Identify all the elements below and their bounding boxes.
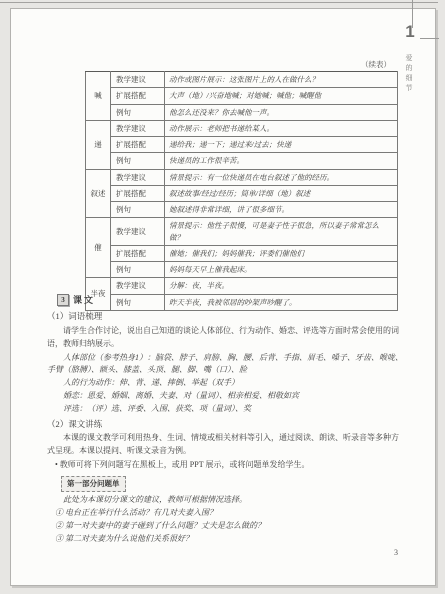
teacher-tip-bullet: • 教师可将下列问题写在黑板上，或用 PPT 展示，或将问题单发给学生。 xyxy=(47,459,405,472)
question-2: ② 第一对夫妻中的妻子碰到了什么问题？丈夫是怎么做的？ xyxy=(55,520,405,533)
content-cell: 情景提示：有一位快递员在电台叙述了他的经历。 xyxy=(165,169,398,185)
part2-note: 此处为本课切分课文的建议，教师可根据情况选择。 xyxy=(47,494,405,507)
section-number-icon: 3 xyxy=(57,294,69,306)
continued-table-note: （续表） xyxy=(361,59,391,70)
lesson-number: 1 xyxy=(401,22,419,42)
label-cell: 扩展搭配 xyxy=(111,245,165,261)
content-cell: 快递员的工作很辛苦。 xyxy=(165,153,398,169)
label-cell: 教学建议 xyxy=(111,278,165,294)
table-row: 例句 他怎么还没来？你去喊他一声。 xyxy=(86,104,398,120)
table-row: 扩展搭配 大声（地）/兴奋地喊；对她喊；喊他；喊醒他 xyxy=(86,88,398,104)
content-cell: 动作或图片展示：这张图片上的人在做什么？ xyxy=(165,72,398,88)
table-row: 例句 她叙述得非常详细，讲了很多细节。 xyxy=(86,202,398,218)
content-cell: 情景提示：他性子很慢，可是妻子性子很急，所以妻子常常怎么做？ xyxy=(165,218,398,246)
label-cell: 扩展搭配 xyxy=(111,88,165,104)
word-cell: 递 xyxy=(86,120,111,169)
question-3: ③ 第二对夫妻为什么说他们关系很好？ xyxy=(55,533,405,546)
label-cell: 例句 xyxy=(111,202,165,218)
label-cell: 例句 xyxy=(111,153,165,169)
lesson-title-vertical: 爱的细节 xyxy=(404,54,414,94)
vocab-line-selection: 评选：（评）选、评委、入围、获奖、项（量词）、奖 xyxy=(47,403,405,416)
content-cell: 叙述故事/经过/经历；简单/详细（地）叙述 xyxy=(165,185,398,201)
part2-paragraph: 本课的课文教学可利用热身、生词、情境或相关材料等引入，通过阅读、朗读、听录音等多… xyxy=(47,432,405,458)
table-row: 叙述 教学建议 情景提示：有一位快递员在电台叙述了他的经历。 xyxy=(86,169,398,185)
label-cell: 教学建议 xyxy=(111,72,165,88)
part1-paragraph: 请学生合作讨论，说出自己知道的谈论人体部位、行为动作、婚恋、评选等方面时常会使用… xyxy=(47,325,405,351)
table-row: 扩展搭配 叙述故事/经过/经历；简单/详细（地）叙述 xyxy=(86,185,398,201)
vocab-teaching-table: 喊 教学建议 动作或图片展示：这张图片上的人在做什么？ 扩展搭配 大声（地）/兴… xyxy=(85,71,398,311)
word-cell: 喊 xyxy=(86,72,111,121)
vocab-line-body-parts: 人体部位（参考热身1）：脑袋、脖子、肩膀、胸、腰、后背、手指、眉毛、嗓子、牙齿、… xyxy=(47,352,405,378)
table-row: 扩展搭配 递给我；递一下；递过来/过去；快递 xyxy=(86,137,398,153)
question-1: ① 电台正在举行什么活动？有几对夫妻入围？ xyxy=(55,507,405,520)
table-row: 喊 教学建议 动作或图片展示：这张图片上的人在做什么？ xyxy=(86,72,398,88)
table-row: 例句 快递员的工作很辛苦。 xyxy=(86,153,398,169)
content-cell: 大声（地）/兴奋地喊；对她喊；喊他；喊醒他 xyxy=(165,88,398,104)
label-cell: 教学建议 xyxy=(111,169,165,185)
label-cell: 教学建议 xyxy=(111,218,165,246)
label-cell: 扩展搭配 xyxy=(111,137,165,153)
scanned-book-page: （续表） 喊 教学建议 动作或图片展示：这张图片上的人在做什么？ 扩展搭配 大声… xyxy=(0,0,445,594)
part1-heading: （1）词语梳理 xyxy=(47,310,405,324)
content-cell: 分解：夜，半夜。 xyxy=(165,278,398,294)
table-row: 扩展搭配 催她；催我们；妈妈催我；评委们催他们 xyxy=(86,245,398,261)
section-title: 课文 xyxy=(73,293,95,307)
content-cell: 动作展示：老师把书递给某人。 xyxy=(165,120,398,136)
label-cell: 例句 xyxy=(111,262,165,278)
margin-dash-line xyxy=(420,38,439,39)
label-cell: 教学建议 xyxy=(111,120,165,136)
table-row: 例句 妈妈每天早上催我起床。 xyxy=(86,262,398,278)
vocab-line-actions: 人的行为动作：伸、背、递、摔倒、举起（双手） xyxy=(47,377,405,390)
content-cell: 他怎么还没来？你去喊他一声。 xyxy=(165,104,398,120)
table-row: 半夜 教学建议 分解：夜，半夜。 xyxy=(86,278,398,294)
content-cell: 递给我；递一下；递过来/过去；快递 xyxy=(165,137,398,153)
vocab-line-marriage: 婚恋：恩爱、婚姻、离婚、夫妻、对（量词）、相亲相爱、相敬如宾 xyxy=(47,390,405,403)
table-row: 催 教学建议 情景提示：他性子很慢，可是妻子性子很急，所以妻子常常怎么做？ xyxy=(86,218,398,246)
question-list-label-row: 第一部分问题单 xyxy=(47,473,405,494)
label-cell: 扩展搭配 xyxy=(111,185,165,201)
table-row: 递 教学建议 动作展示：老师把书递给某人。 xyxy=(86,120,398,136)
content-cell: 催她；催我们；妈妈催我；评委们催他们 xyxy=(165,245,398,261)
content-cell: 妈妈每天早上催我起床。 xyxy=(165,262,398,278)
label-cell: 例句 xyxy=(111,104,165,120)
page-body: 3 课文 （1）词语梳理 请学生合作讨论，说出自己知道的谈论人体部位、行为动作、… xyxy=(47,293,405,546)
content-cell: 她叙述得非常详细，讲了很多细节。 xyxy=(165,202,398,218)
scan-edge-line xyxy=(0,2,438,3)
question-list-label: 第一部分问题单 xyxy=(61,476,126,492)
section-heading: 3 课文 xyxy=(57,293,405,307)
page-number: 3 xyxy=(394,548,398,557)
part2-heading: （2）课文讲练 xyxy=(47,418,405,432)
word-cell: 叙述 xyxy=(86,169,111,218)
book-page: （续表） 喊 教学建议 动作或图片展示：这张图片上的人在做什么？ 扩展搭配 大声… xyxy=(10,8,436,586)
word-cell: 催 xyxy=(86,218,111,278)
